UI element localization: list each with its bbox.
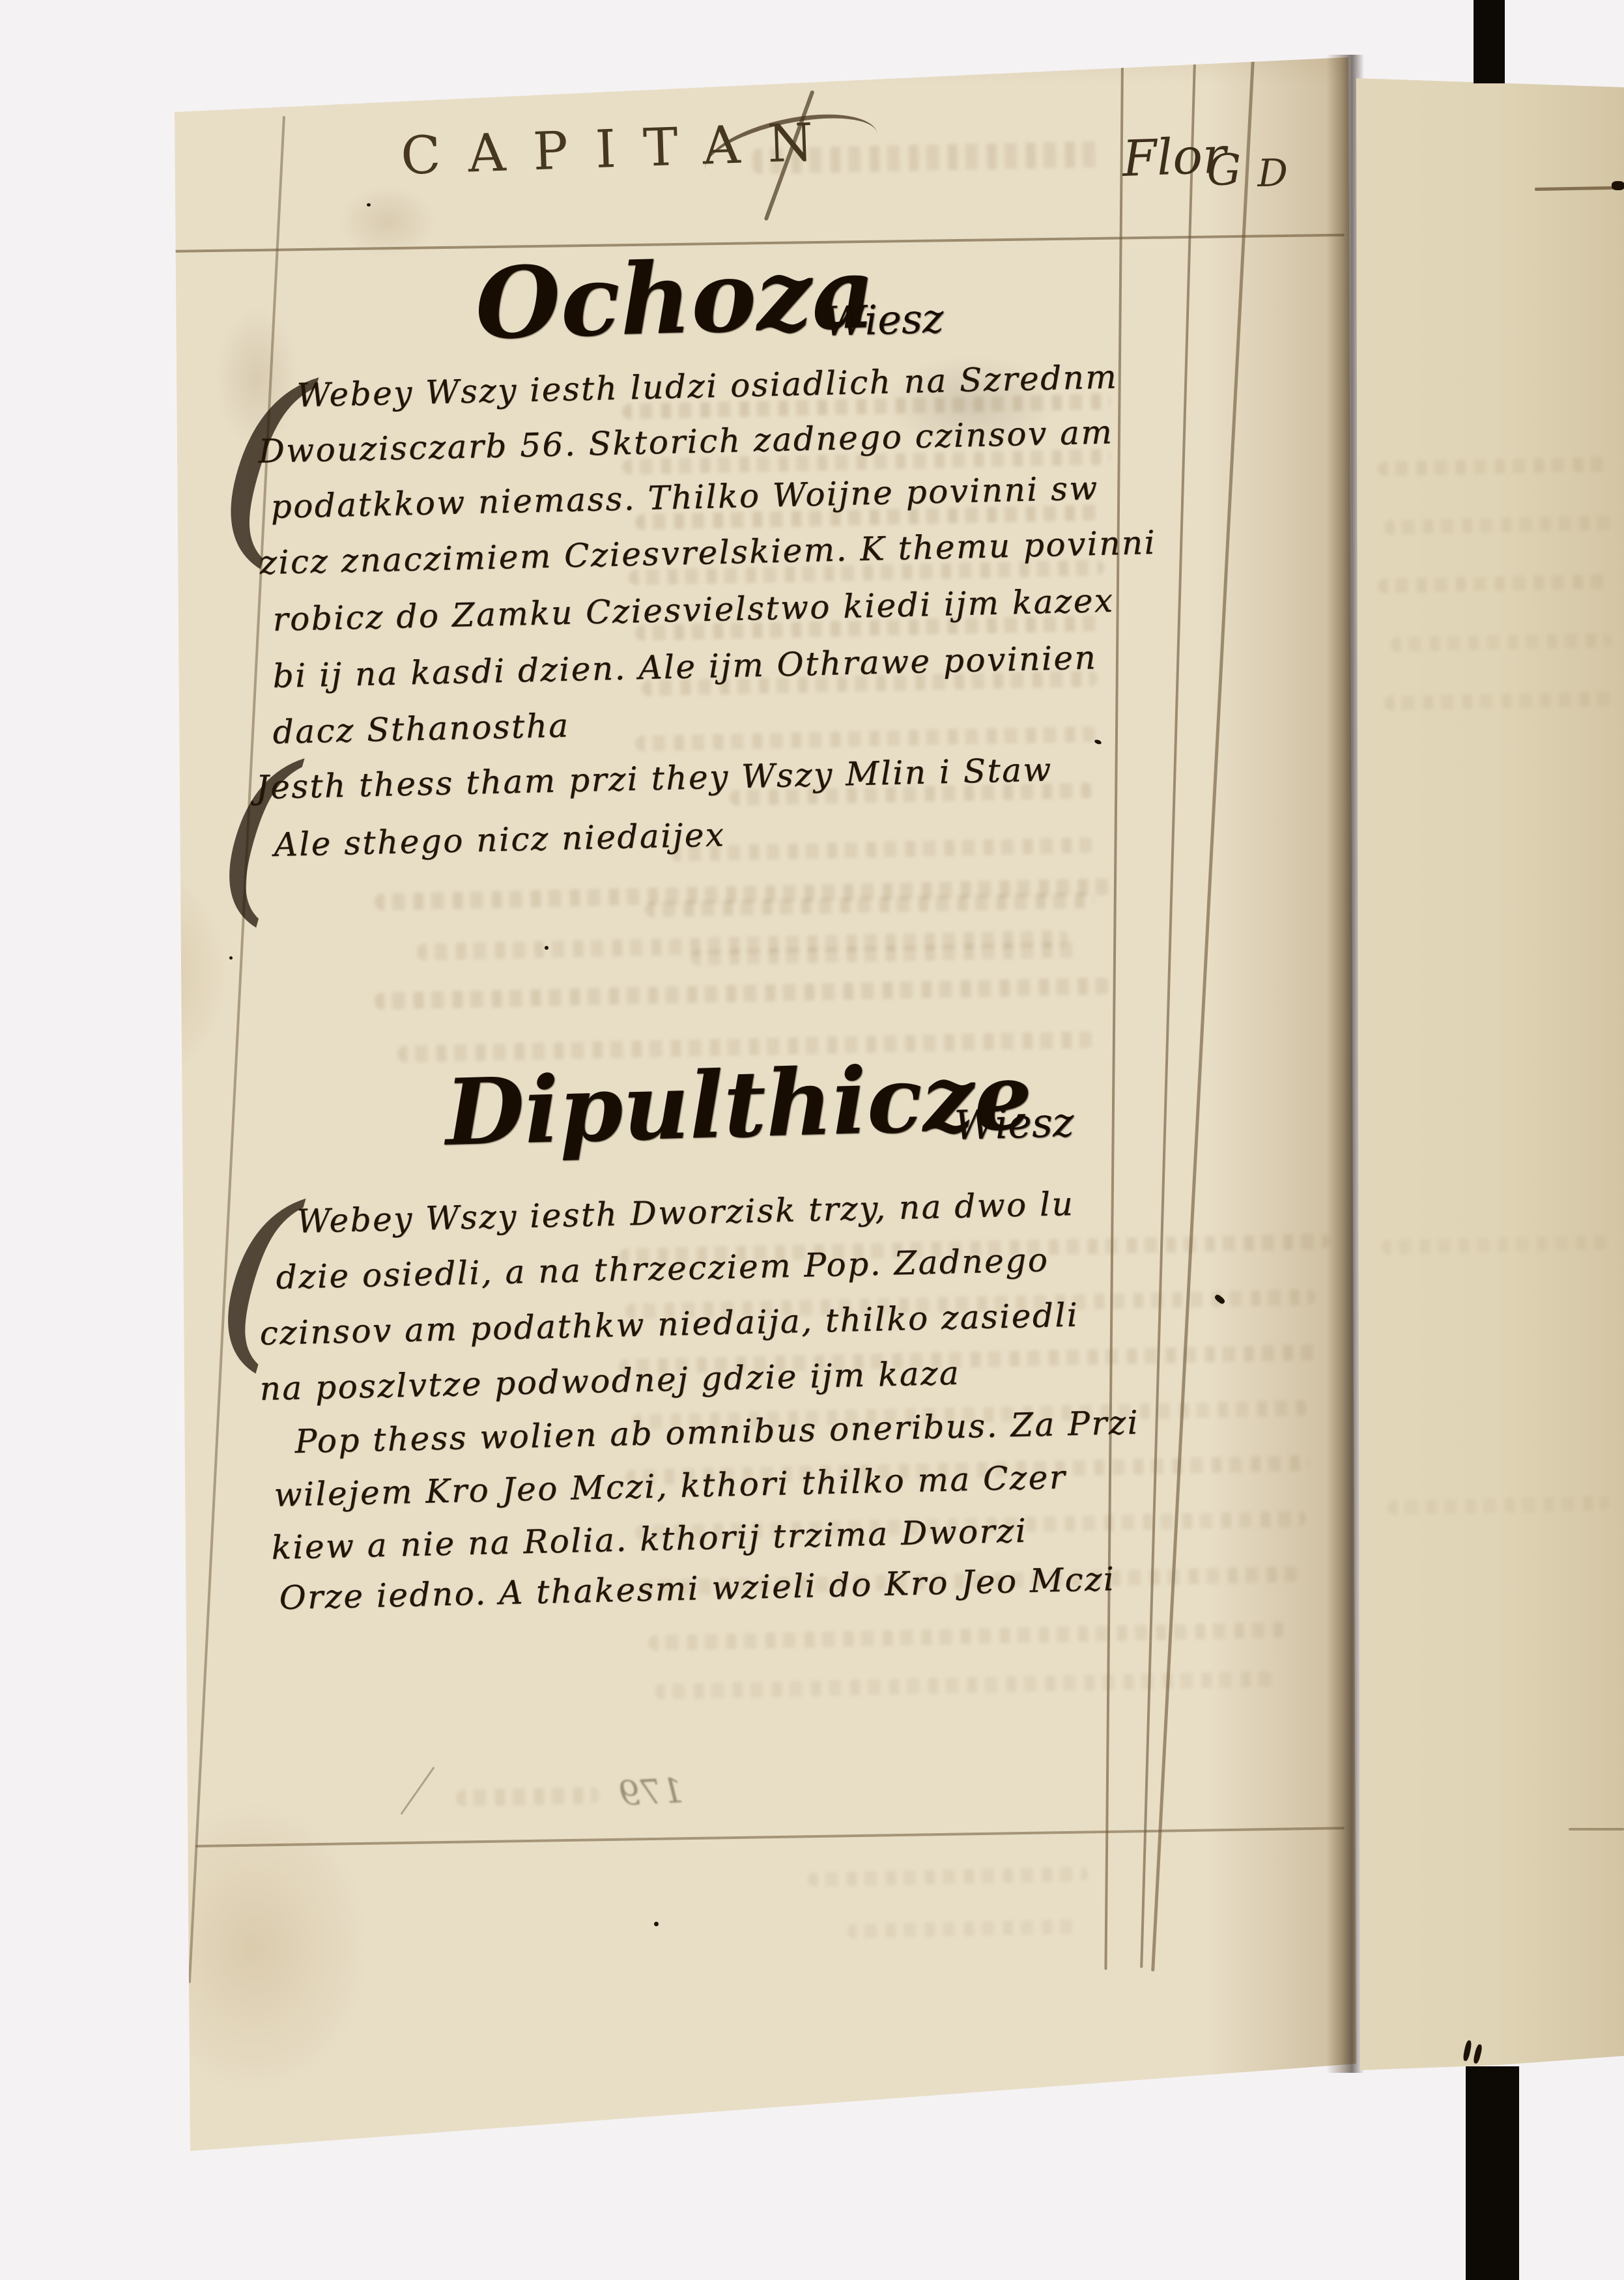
ink-speck bbox=[1462, 2040, 1472, 2061]
binding-strip-bottom bbox=[1466, 2066, 1519, 2280]
manuscript-scan: CAPITAN Flor G D Ochoza Wiesz ( Webey Ws… bbox=[0, 0, 1624, 2280]
facing-page-rule bbox=[1569, 1828, 1624, 1831]
page-header-title: CAPITAN bbox=[400, 116, 841, 182]
section-title-dipulthicze: Dipulthicze bbox=[444, 1056, 1033, 1154]
bleedthrough-ghost-line bbox=[1378, 457, 1612, 476]
section-title-suffix-ochoza: Wiesz bbox=[823, 300, 944, 340]
bleedthrough-ghost-line bbox=[1378, 574, 1612, 593]
ink-speck bbox=[654, 1922, 659, 1926]
ink-speck bbox=[367, 203, 371, 207]
facing-page-rule bbox=[1535, 186, 1624, 191]
ink-speck bbox=[545, 946, 548, 950]
bleedthrough-ghost-line bbox=[1381, 1235, 1609, 1254]
ink-speck bbox=[229, 956, 233, 960]
bleedthrough-ghost-line bbox=[456, 1787, 599, 1807]
column-header-d: D bbox=[1257, 157, 1288, 190]
section-title-ochoza: Ochoza bbox=[474, 249, 876, 349]
ink-speck bbox=[1612, 181, 1624, 190]
bleedthrough-ghost-line bbox=[1391, 633, 1612, 651]
bleedthrough-folio-number: 179 bbox=[618, 1771, 684, 1814]
binding-strip-top bbox=[1474, 0, 1505, 83]
paper-stain bbox=[72, 866, 228, 1081]
bleedthrough-ghost-line bbox=[1384, 691, 1612, 710]
manuscript-line: dacz Sthanostha bbox=[272, 709, 570, 748]
section-title-suffix-dipulthicze: Wiesz bbox=[954, 1104, 1074, 1144]
ink-speck bbox=[1473, 2044, 1483, 2064]
bleedthrough-ghost-line bbox=[1384, 515, 1612, 534]
bleedthrough-ghost-line bbox=[1388, 1496, 1609, 1515]
column-header-g: G bbox=[1206, 152, 1242, 189]
manuscript-line: Ale sthego nicz niedaijex bbox=[274, 818, 726, 861]
